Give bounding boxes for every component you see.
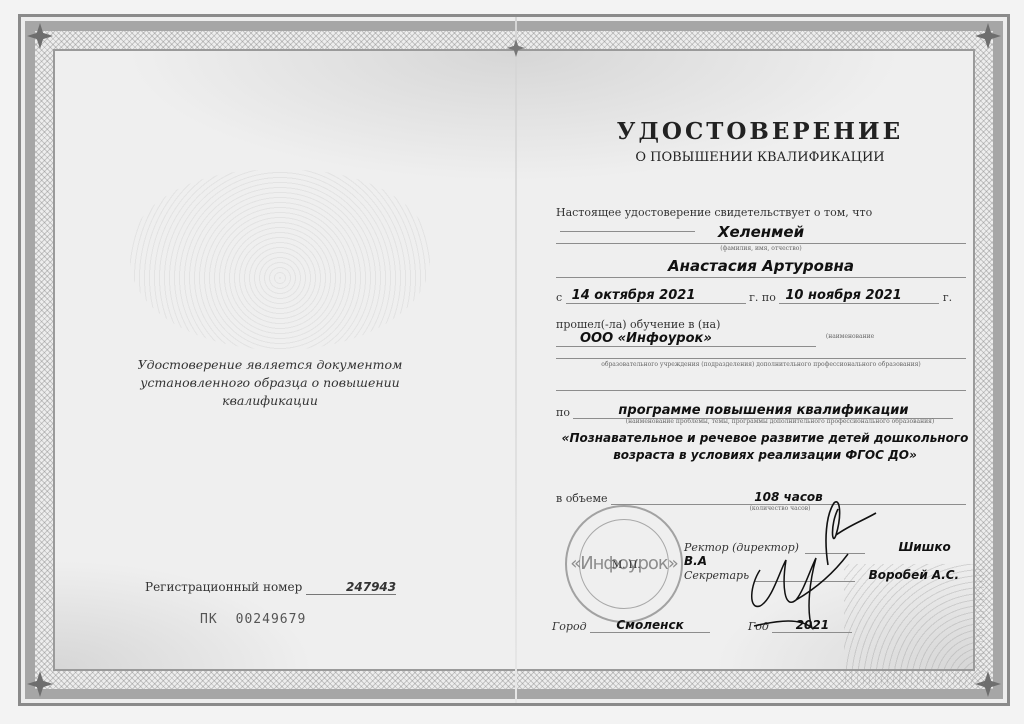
date-mid-label: г. по: [749, 291, 776, 304]
caption-fio: (фамилия, имя, отчество): [556, 245, 966, 252]
given-names-field: Анастасия Артуровна: [556, 257, 966, 278]
director-label: Ректор (директор): [684, 541, 799, 554]
registration-row: Регистрационный номер 247943: [145, 580, 396, 595]
page-fold: [515, 17, 517, 703]
secretary-name: Воробей А.С.: [869, 568, 960, 582]
date-to-value: 10 ноября 2021: [779, 288, 901, 303]
note-line-1: Удостоверение является документом: [100, 356, 440, 374]
caption-program: (наименование проблемы, темы, программы …: [600, 418, 960, 425]
organization-value: ООО «Инфоурок»: [556, 331, 712, 346]
city-row: Город Смоленск: [552, 618, 712, 633]
certificate-subtitle: О ПОВЫШЕНИИ КВАЛИФИКАЦИИ: [600, 150, 920, 165]
registration-label: Регистрационный номер: [145, 580, 302, 594]
serial-prefix: ПК: [200, 612, 218, 627]
program-prefix: по: [556, 406, 570, 419]
program-title: «Познавательное и речевое развитие детей…: [556, 430, 974, 464]
blank-line: [556, 350, 966, 359]
city-value: Смоленск: [616, 618, 683, 632]
surname-field: Хеленмей: [556, 223, 966, 244]
caption-name: (наименование: [820, 333, 880, 340]
year-label: Год: [748, 620, 769, 633]
note-line-2: установленного образца о повышении квали…: [100, 374, 440, 410]
hours-value: 108 часов: [754, 490, 823, 504]
secretary-label: Секретарь: [684, 569, 749, 582]
given-names-value: Анастасия Артуровна: [668, 257, 854, 275]
certificate-title: УДОСТОВЕРЕНИЕ: [600, 118, 920, 145]
stamp-label: М. П.: [612, 560, 652, 571]
caption-institution: образовательного учреждения (подразделен…: [556, 361, 966, 368]
dates-row: с 14 октября 2021 г. по 10 ноября 2021 г…: [556, 288, 966, 304]
program-type: программе повышения квалификации: [618, 403, 908, 418]
caption-hours: (количество часов): [740, 505, 820, 512]
serial-number: 00249679: [236, 612, 307, 627]
hours-label: в объеме: [556, 492, 608, 505]
watermark-rosette: [130, 170, 430, 350]
secretary-row: Секретарь Воробей А.С.: [684, 568, 974, 582]
organization-row: прошел(-ла) обучение в (на) ООО «Инфоуро…: [556, 318, 966, 347]
surname-value: Хеленмей: [718, 223, 804, 241]
left-page-note: Удостоверение является документом устано…: [100, 356, 440, 410]
year-row: Год 2021: [748, 618, 868, 633]
blank-line: [556, 382, 966, 391]
city-label: Город: [552, 620, 587, 633]
serial-number-row: ПК00249679: [200, 612, 306, 627]
intro-text: Настоящее удостоверение свидетельствует …: [556, 206, 872, 219]
program-row: по программе повышения квалификации: [556, 403, 966, 419]
director-row: Ректор (директор) Шишко В.А: [684, 540, 974, 568]
organization-label: прошел(-ла) обучение в (на): [556, 318, 720, 331]
date-suffix: г.: [943, 291, 952, 304]
year-value: 2021: [796, 618, 829, 632]
date-from-value: 14 октября 2021: [566, 288, 696, 303]
registration-number: 247943: [306, 580, 396, 595]
hours-row: в объеме 108 часов: [556, 490, 966, 505]
date-from-prefix: с: [556, 291, 562, 304]
